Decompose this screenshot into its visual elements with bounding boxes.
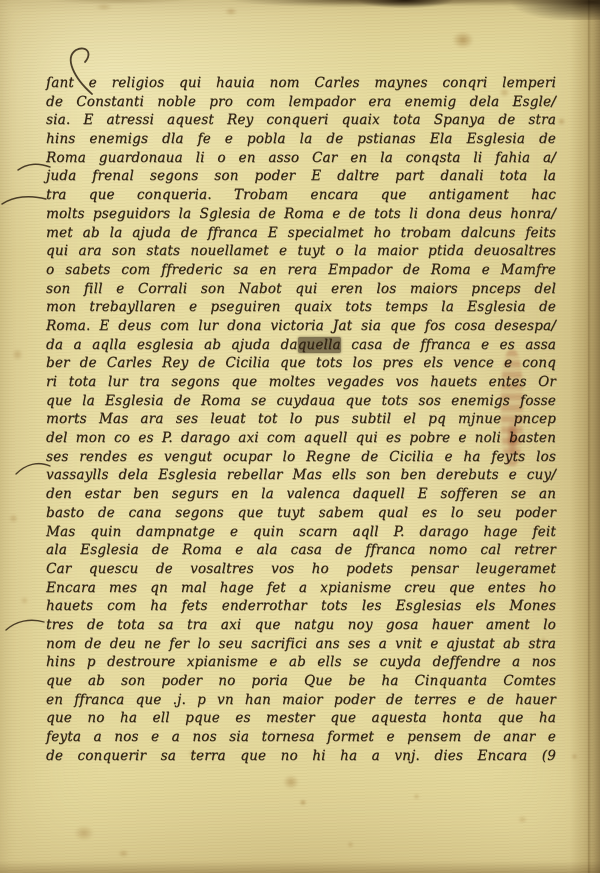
manuscript-line: son fill e Corrali son Nabot qui eren lo… [46,280,556,299]
foxing-stain [10,346,25,363]
foxing-stain [570,752,579,761]
manuscript-line: que no ha ell pque es mester que aquesta… [46,709,556,728]
margin-flourish-icon [16,464,50,474]
manuscript-line: que la Esglesia de Roma se cuydaua que t… [46,392,556,411]
ink-blot: quella [298,337,341,353]
margin-flourish-icon [2,197,46,204]
manuscript-line: que ab son poder no poria Que be ha Cinq… [46,672,556,691]
manuscript-line: de Constanti noble pro com lempador era … [46,93,556,112]
manuscript-line: Mas quin dampnatge e quin scarn aqll P. … [46,523,556,542]
manuscript-line: en ffranca que .j. p vn han maior poder … [46,691,556,710]
manuscript-line: met ab la ajuda de ffranca E specialmet … [46,224,556,243]
page-right-edge-shadow [570,0,600,873]
manuscript-line: o sabets com ffrederic sa en rera Empado… [46,261,556,280]
foxing-stain [516,814,529,825]
manuscript-line: ses rendes es vengut ocupar lo Regne de … [46,448,556,467]
foxing-stain [298,798,308,807]
foxing-stain [92,2,116,12]
manuscript-line: vassaylls dela Esglesia rebellar Mas ell… [46,466,556,485]
manuscript-line: ber de Carles Rey de Cicilia que tots lo… [46,354,556,373]
manuscript-text-block: ſant e religios qui hauia nom Carles may… [46,74,556,765]
page-bottom-edge-shadow [0,861,600,873]
manuscript-line: de conquerir sa terra que no hi ha a vnj… [46,747,556,766]
foxing-stain [556,116,567,127]
manuscript-line: hins p destroure xpianisme e ab ells se … [46,653,556,672]
manuscript-line: hauets com ha fets enderrothar tots les … [46,597,556,616]
manuscript-line: ala Esglesia de Roma e ala casa de ffran… [46,541,556,560]
foxing-stain [280,772,302,792]
foxing-stain [19,595,30,606]
manuscript-line: Encara mes qn mal hage fet a xpianisme c… [46,579,556,598]
manuscript-line: morts Mas ara ses leuat tot lo pus subti… [46,410,556,429]
foxing-stain [116,848,131,859]
page-top-edge-shadow [0,0,600,20]
manuscript-line: da a aqlla esglesia ab ajuda daquella ca… [46,336,556,355]
manuscript-line: Roma guardonaua li o en asso Car en la c… [46,149,556,168]
manuscript-line: tres de tota sa tra axi que natgu noy go… [46,616,556,635]
manuscript-line: den estar ben segurs en la valenca daque… [46,485,556,504]
manuscript-line: ri tota lur tra segons que moltes vegade… [46,373,556,392]
manuscript-line: ſant e religios qui hauia nom Carles may… [46,74,556,93]
manuscript-line: nom de deu ne fer lo seu sacrifici ans s… [46,635,556,654]
manuscript-line: qui ara son stats nouellamet e tuyt o la… [46,242,556,261]
manuscript-line: mon trebayllaren e pseguiren quaix tots … [46,298,556,317]
foxing-stain [412,792,421,801]
foxing-stain [70,822,98,844]
manuscript-line: tra que conqueria. Trobam encara que ant… [46,186,556,205]
foxing-stain [222,6,240,17]
foxing-stain [448,28,478,52]
manuscript-page: ſant e religios qui hauia nom Carles may… [0,0,600,873]
foxing-stain [346,840,355,849]
manuscript-line: del mon co es P. darago axi com aquell q… [46,429,556,448]
manuscript-line: molts pseguidors la Sglesia de Roma e de… [46,205,556,224]
manuscript-line: juda frenal segons son poder E daltre pa… [46,167,556,186]
manuscript-line: Car quescu de vosaltres vos ho podets pe… [46,560,556,579]
manuscript-line: Roma. E deus com lur dona victoria Jat s… [46,317,556,336]
foxing-stain [7,512,20,525]
manuscript-line: hins enemigs dla fe e pobla la de pstian… [46,130,556,149]
manuscript-line: basto de cana segons que tuyt sabem qual… [46,504,556,523]
manuscript-line: feyta a nos e a nos sia tornesa formet e… [46,728,556,747]
manuscript-line: sia. E atressi aquest Rey conqueri quaix… [46,111,556,130]
margin-flourish-icon [6,620,44,630]
